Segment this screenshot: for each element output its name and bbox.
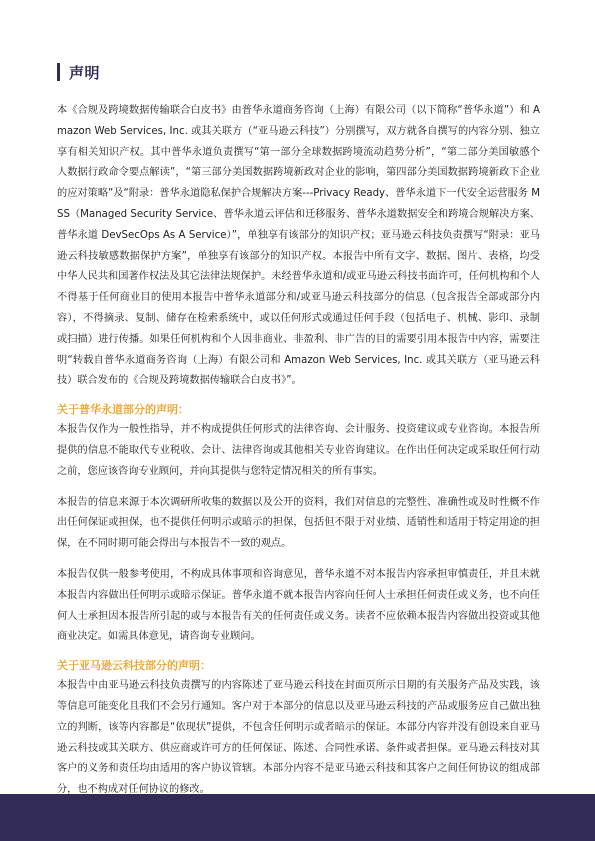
- page-title: 声明: [57, 62, 540, 82]
- title-accent-bar: [57, 63, 60, 81]
- section-heading-aws: 关于亚马逊云科技部分的声明：: [57, 656, 540, 676]
- footer-band: [0, 794, 595, 841]
- section-heading-pwc: 关于普华永道部分的声明：: [57, 400, 540, 420]
- pwc-paragraph-2: 本报告的信息来源于本次调研所收集的数据以及公开的资料，我们对信息的完整性、准确性…: [57, 493, 540, 555]
- intro-paragraph: 本《合规及跨境数据传输联合白皮书》由普华永道商务咨询（上海）有限公司（以下简称“…: [57, 101, 540, 392]
- pwc-paragraph-3: 本报告仅供一般参考使用，不构成具体事项和咨询意见，普华永道不对本报告内容承担审慎…: [57, 565, 540, 648]
- pwc-paragraph-1: 本报告仅作为一般性指导，并不构成提供任何形式的法律咨询、会计服务、投资建议或专业…: [57, 420, 540, 482]
- disclaimer-page: 声明 本《合规及跨境数据传输联合白皮书》由普华永道商务咨询（上海）有限公司（以下…: [57, 62, 540, 801]
- page-title-text: 声明: [69, 62, 100, 83]
- aws-paragraph-1: 本报告中由亚马逊云科技负责撰写的内容陈述了亚马逊云科技在封面页所示日期的有关服务…: [57, 676, 540, 801]
